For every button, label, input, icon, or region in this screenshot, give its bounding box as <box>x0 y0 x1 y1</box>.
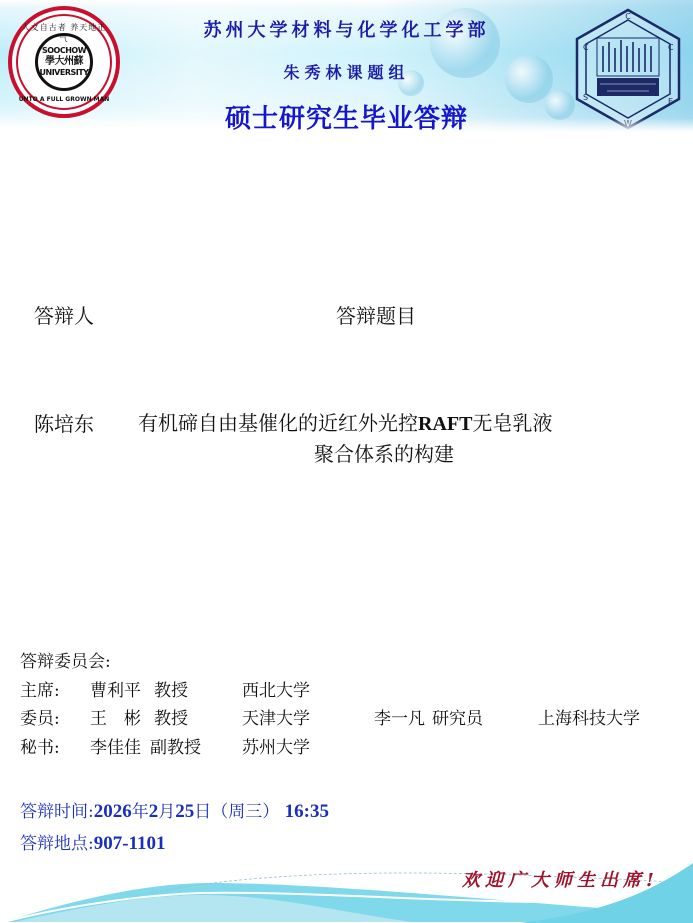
defense-time-row: 答辩时间:2026年2月25日（周三） 16:35 <box>20 796 329 828</box>
committee-heading: 答辩委员会: <box>20 648 111 677</box>
members-role: 委员: <box>20 705 60 734</box>
member-title: 研究员 <box>432 705 483 734</box>
secretary-affiliation: 苏州大学 <box>242 734 310 763</box>
chair-title: 教授 <box>154 677 188 706</box>
poster-page: 人文自古者 养天地正气 SOOCHOW 學大州蘇 UNIVERSITY UNTO… <box>0 0 693 923</box>
logo-top-text: SOOCHOW <box>42 47 86 55</box>
secretary-name: 李佳佳 <box>90 734 141 763</box>
topic-text-line2: 聚合体系的构建 <box>138 439 683 469</box>
department-name: 苏州大学材料与化学化工学部 <box>0 16 693 42</box>
time-year-unit: 年 <box>132 802 149 822</box>
topic-label: 答辩题目 <box>336 300 416 329</box>
svg-text:C: C <box>583 43 589 52</box>
page-title: 硕士研究生毕业答辩 <box>0 98 693 132</box>
chair-name: 曹利平 <box>90 677 141 706</box>
time-label: 答辩时间: <box>20 802 94 822</box>
member-title: 教授 <box>154 705 188 734</box>
thesis-topic: 有机碲自由基催化的近红外光控RAFT无皂乳液 聚合体系的构建 <box>138 408 683 469</box>
chair-affiliation: 西北大学 <box>242 677 310 706</box>
member-name: 李一凡 <box>374 705 425 734</box>
secretary-role: 秘书: <box>20 734 60 763</box>
time-day: 25 <box>175 801 194 822</box>
member-affiliation: 天津大学 <box>242 705 310 734</box>
time-clock: 16:35 <box>285 801 329 822</box>
time-month-unit: 月 <box>158 802 175 822</box>
time-month: 2 <box>149 801 159 822</box>
svg-text:C: C <box>668 43 674 52</box>
member-affiliation: 上海科技大学 <box>538 705 640 734</box>
topic-text-raft: RAFT <box>418 413 472 435</box>
defender-name: 陈培东 <box>34 408 94 437</box>
header-banner: 人文自古者 养天地正气 SOOCHOW 學大州蘇 UNIVERSITY UNTO… <box>0 0 693 132</box>
secretary-title: 副教授 <box>150 734 201 763</box>
member-name: 王 彬 <box>90 705 141 734</box>
time-day-unit: 日（周三） <box>194 802 279 822</box>
defender-label: 答辩人 <box>34 300 94 329</box>
topic-text-part2: 无皂乳液 <box>472 411 552 435</box>
topic-text-part1: 有机碲自由基催化的近红外光控 <box>138 411 418 435</box>
time-year: 2026 <box>94 801 132 822</box>
chair-role: 主席: <box>20 677 60 706</box>
research-group-name: 朱秀林课题组 <box>0 60 693 83</box>
welcome-message: 欢迎广大师生出席! <box>462 866 659 892</box>
